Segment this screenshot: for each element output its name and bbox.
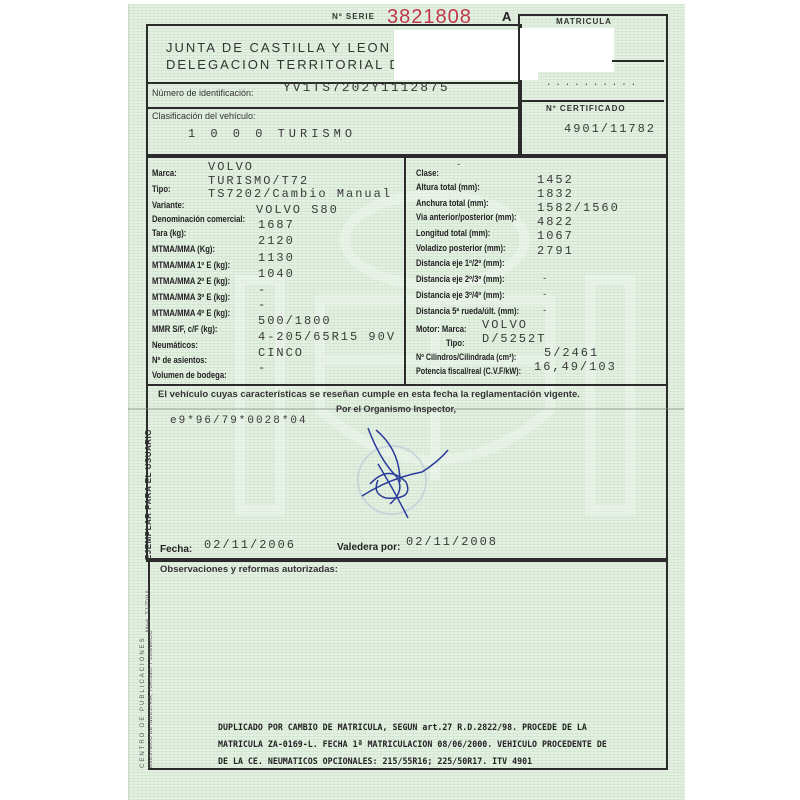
rule [612,60,664,62]
certificate-label: Nº CERTIFICADO [546,104,626,113]
issuer-line-1: JUNTA DE CASTILLA Y LEON [166,40,391,55]
redacted-plate [520,28,614,72]
spec-label: Anchura total (mm): [416,198,489,208]
spec-value: VOLVO [208,160,254,174]
spec-label: Marca: [152,168,177,178]
matricula-value: .......... [546,78,640,88]
classification-label: Clasificación del vehículo: [152,111,256,121]
certificate-value: 4901/11782 [564,122,656,136]
spec-value: 1582/1560 [537,201,620,215]
spec-value: 1832 [537,187,574,201]
model-label: Mod. TJ/TVIA [146,589,152,632]
spec-label: MTMA/MMA 1º E (kg): [152,260,230,270]
date-label: Fecha: [160,544,192,555]
spec-value: 4822 [537,215,574,229]
spec-value: VOLVO S80 [256,203,339,217]
rule [520,100,664,102]
spec-value: 1040 [258,267,295,281]
spec-label: MTMA/MMA (Kg): [152,244,215,254]
spec-label: Distancia eje 1º/2º (mm): [416,258,505,268]
spec-label: MTMA/MMA 3º E (kg): [152,292,230,302]
inspector-label: Por el Organismo Inspector, [336,404,456,414]
matricula-label: MATRICULA [556,17,612,26]
compliance-statement: El vehículo cuyas características se res… [158,389,580,400]
identification-label: Número de identificación: [152,88,254,98]
serial-letter: A [502,9,511,24]
power-value: 16,49/103 [534,360,617,374]
spec-value: 2791 [537,244,574,258]
spec-label: MTMA/MMA 4º E (kg): [152,308,230,318]
spec-value: 500/1800 [258,314,332,328]
valid-until-label: Valedera por: [337,542,400,553]
spec-value: 4-205/65R15 90V [258,330,396,344]
spec-label: Nº de asientos: [152,355,207,365]
spec-label: Clase: [416,168,439,178]
serial-label: Nº SERIE [332,12,375,21]
spec-label: Tipo: [152,184,171,194]
identification-value: YV1TS7202Y1112875 [283,80,450,95]
issuer-line-2: DELEGACION TERRITORIAL D [166,57,401,72]
observations-label: Observaciones y reformas autorizadas: [160,564,338,575]
spec-value: - [258,361,267,375]
spec-label: MMR S/F, c/F (kg): [152,324,217,334]
spec-value: 1130 [258,251,295,265]
homologation-code: e9*96/79*0028*04 [170,415,308,427]
motor-type-value: D/5252T [482,332,546,346]
motor-brand-value: VOLVO [482,318,528,332]
inspector-signature-icon [350,420,470,530]
spec-value: TS7202/Cambio Manual [208,187,392,201]
rule [148,107,520,109]
power-label: Potencia fiscal/real (C.V.F/kW): [416,366,521,376]
spec-label: Voladizo posterior (mm): [416,243,506,253]
spec-label: Distancia 5ª rueda/últ. (mm): [416,306,519,316]
spec-value: CINCO [258,346,304,360]
classification-value: 1 0 0 0 TURISMO [188,127,356,141]
copy-for-user-label: EJEMPLAR PARA EL USUARIO [144,429,153,560]
observation-line: MATRICULA ZA-0169-L. FECHA 1ª MATRICULAC… [218,737,623,754]
ministry-label: MINISTERIO DE INDUSTRIA, TURISMO Y COMER… [148,630,154,768]
spec-label: Altura total (mm): [416,182,480,192]
spec-value: 1067 [537,229,574,243]
spec-label: Variante: [152,200,184,210]
spec-label: Denominación comercial: [152,214,245,224]
observation-line: DUPLICADO POR CAMBIO DE MATRICULA, SEGUN… [218,720,623,737]
cylinders-value: 5/2461 [544,346,599,360]
spec-value: - [258,283,267,297]
spec-label: MTMA/MMA 2º E (kg): [152,276,230,286]
column-divider [404,156,406,384]
spec-value: TURISMO/T72 [208,174,309,188]
valid-until-value: 02/11/2008 [406,535,498,549]
spec-value: - [542,290,549,300]
spec-label: Volumen de bodega: [152,370,227,380]
motor-brand-label: Motor: Marca: [416,324,467,334]
spec-value: - [456,160,463,170]
motor-type-label: Tipo: [446,338,465,348]
cylinders-label: Nº Cilindros/Cilindrada (cm³): [416,352,516,362]
spec-value: - [542,306,549,316]
redacted-region [394,30,538,80]
spec-label: Tara (kg): [152,228,186,238]
spec-value: - [258,298,267,312]
spec-label: Via anterior/posterior (mm): [416,212,517,222]
observation-line: DE LA CE. NEUMATICOS OPCIONALES: 215/55R… [218,754,623,771]
spec-label: Longitud total (mm): [416,228,490,238]
date-value: 02/11/2006 [204,538,296,552]
spec-value: 2120 [258,234,295,248]
publisher-label: CENTRO DE PUBLICACIONES [140,636,146,768]
spec-label: Neumáticos: [152,340,198,350]
spec-label: Distancia eje 2º/3º (mm): [416,274,505,284]
spec-label: Distancia eje 3º/4º (mm): [416,290,505,300]
spec-value: 1452 [537,173,574,187]
spec-value: - [542,274,549,284]
spec-value: 1687 [258,218,295,232]
observations-text: DUPLICADO POR CAMBIO DE MATRICULA, SEGUN… [218,720,623,771]
